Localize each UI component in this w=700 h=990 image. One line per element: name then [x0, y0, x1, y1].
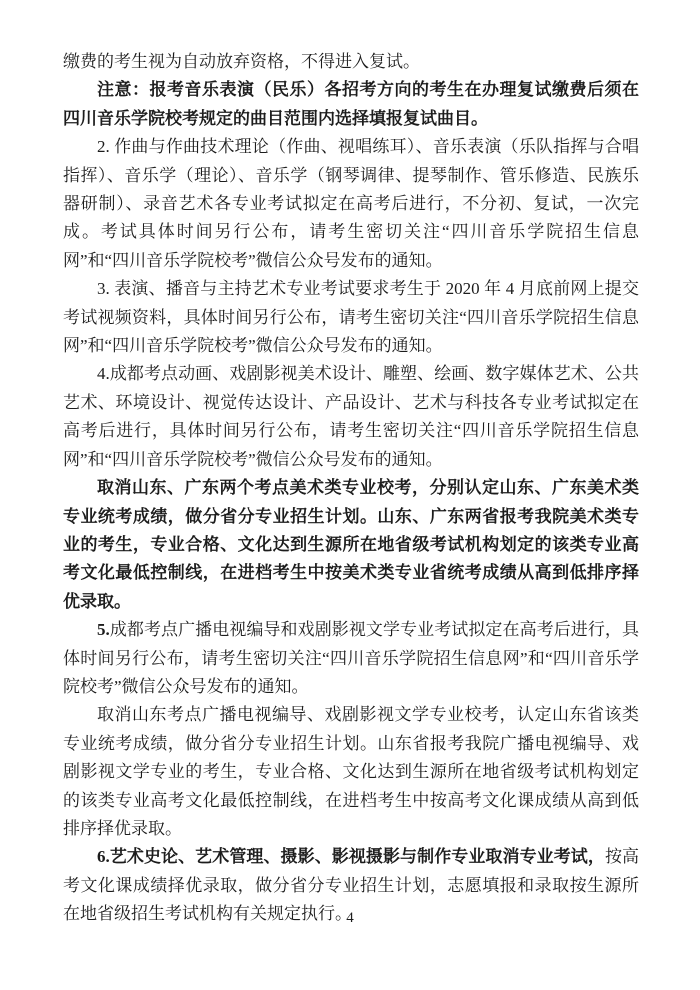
text-run: 注意：报考音乐表演（民乐）各招考方向的考生在办理复试缴费后须在四川音乐学院校考规…: [63, 80, 639, 127]
text-run: 取消山东、广东两个考点美术类专业校考，分别认定山东、广东美术类专业统考成绩，做分…: [63, 478, 639, 611]
document-page: 缴费的考生视为自动放弃资格，不得进入复试。注意：报考音乐表演（民乐）各招考方向的…: [0, 0, 700, 990]
text-run: 3. 表演、播音与主持艺术专业考试要求考生于 2020 年 4 月底前网上提交考…: [63, 279, 639, 355]
text-run: 5.: [97, 620, 110, 639]
text-run: 缴费的考生视为自动放弃资格，不得进入复试。: [63, 52, 420, 71]
paragraph: 2. 作曲与作曲技术理论（作曲、视唱练耳）、音乐表演（乐队指挥与合唱指挥）、音乐…: [63, 133, 639, 275]
paragraph: 取消山东考点广播电视编导、戏剧影视文学专业校考，认定山东省该类专业统考成绩，做分…: [63, 701, 639, 843]
text-run: 2. 作曲与作曲技术理论（作曲、视唱练耳）、音乐表演（乐队指挥与合唱指挥）、音乐…: [63, 137, 639, 270]
paragraph: 注意：报考音乐表演（民乐）各招考方向的考生在办理复试缴费后须在四川音乐学院校考规…: [63, 76, 639, 133]
text-run: 成都考点广播电视编导和戏剧影视文学专业考试拟定在高考后进行，具体时间另行公布，请…: [63, 620, 639, 696]
paragraph: 缴费的考生视为自动放弃资格，不得进入复试。: [63, 48, 639, 76]
paragraph: 4.成都考点动画、戏剧影视美术设计、雕塑、绘画、数字媒体艺术、公共艺术、环境设计…: [63, 360, 639, 474]
page-number: 4: [0, 910, 700, 927]
document-body: 缴费的考生视为自动放弃资格，不得进入复试。注意：报考音乐表演（民乐）各招考方向的…: [63, 48, 639, 929]
text-run: 4.成都考点动画、戏剧影视美术设计、雕塑、绘画、数字媒体艺术、公共艺术、环境设计…: [63, 364, 639, 468]
paragraph: 5.成都考点广播电视编导和戏剧影视文学专业考试拟定在高考后进行，具体时间另行公布…: [63, 616, 639, 701]
text-run: 6.艺术史论、艺术管理、摄影、影视摄影与制作专业取消专业考试，: [97, 847, 605, 866]
paragraph: 3. 表演、播音与主持艺术专业考试要求考生于 2020 年 4 月底前网上提交考…: [63, 275, 639, 360]
paragraph: 取消山东、广东两个考点美术类专业校考，分别认定山东、广东美术类专业统考成绩，做分…: [63, 474, 639, 616]
text-run: 取消山东考点广播电视编导、戏剧影视文学专业校考，认定山东省该类专业统考成绩，做分…: [63, 705, 639, 838]
